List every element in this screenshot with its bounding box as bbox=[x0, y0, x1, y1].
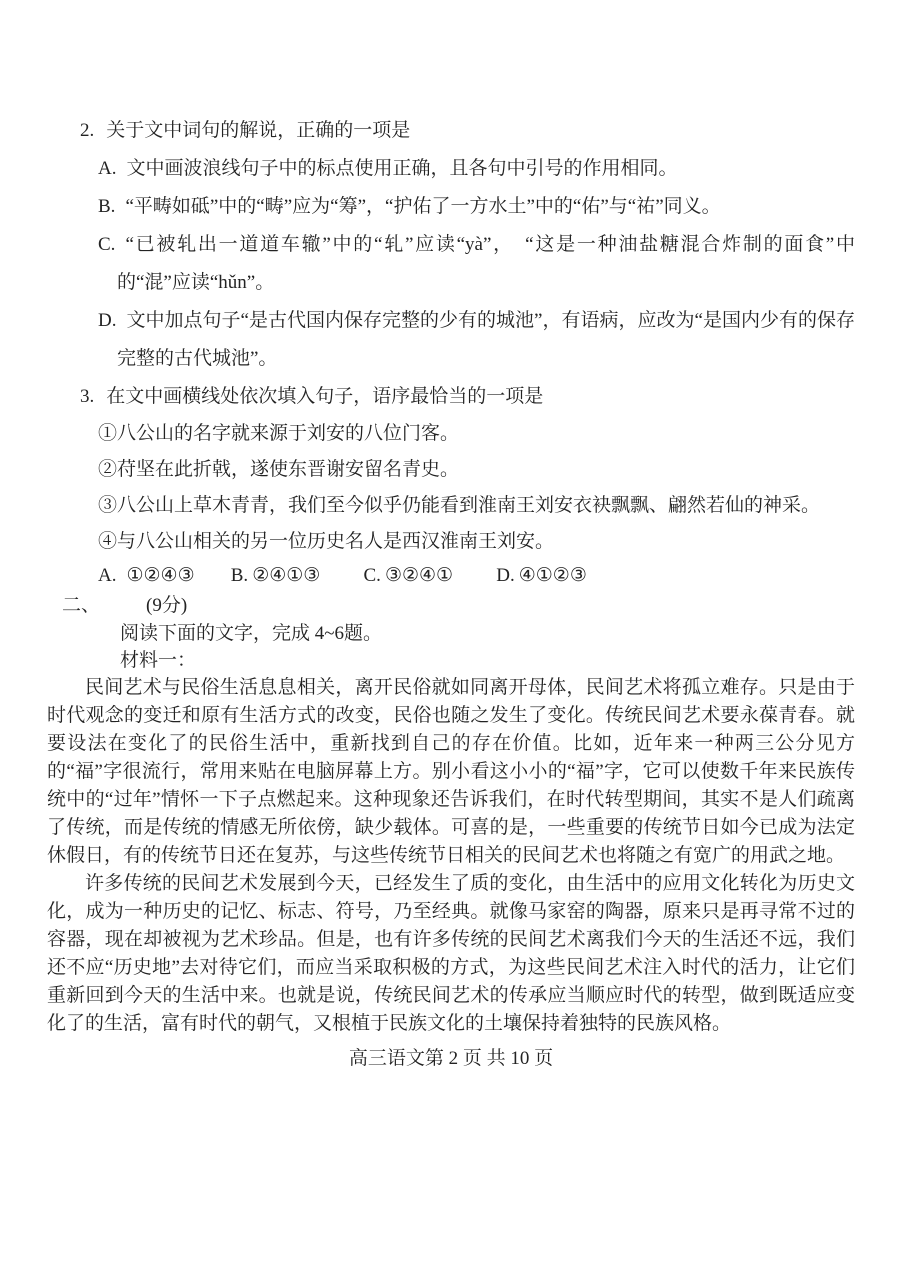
sentence-1: ①八公山的名字就来源于刘安的八位门客。 bbox=[98, 416, 855, 452]
option-b-text: “平畴如砥”中的“畴”应为“筹”，“护佑了一方水土”中的“佑”与“祐”同义。 bbox=[125, 196, 720, 217]
reading-instruction: 阅读下面的文字，完成 4~6题。 bbox=[120, 620, 855, 647]
sentence-2: ②苻坚在此折戟，遂使东晋谢安留名青史。 bbox=[98, 452, 855, 488]
option-d-label: D. bbox=[98, 310, 116, 331]
question-2-option-c: C.“已被轧出一道道车辙”中的“轧”应读“yà”， “这是一种油盐糖混合炸制的面… bbox=[98, 226, 855, 302]
question-3: 3.在文中画横线处依次填入句子，语序最恰当的一项是 ①八公山的名字就来源于刘安的… bbox=[47, 378, 855, 592]
option-b-label: B. bbox=[98, 196, 115, 217]
passage-paragraph-1: 民间艺术与民俗生活息息相关，离开民俗就如同离开母体，民间艺术将孤立难存。只是由于… bbox=[47, 674, 855, 870]
section-two-score: (9分) bbox=[146, 595, 187, 616]
option-c-label: C. bbox=[98, 234, 115, 255]
choice-c-label: C. bbox=[364, 565, 381, 586]
question-2: 2.关于文中词句的解说，正确的一项是 A.文中画波浪线句子中的标点使用正确，且各… bbox=[47, 112, 855, 378]
option-a-label: A. bbox=[98, 158, 116, 179]
choice-d-value: ④①②③ bbox=[519, 565, 587, 586]
exam-page: 2.关于文中词句的解说，正确的一项是 A.文中画波浪线句子中的标点使用正确，且各… bbox=[0, 0, 900, 1272]
choice-a-label: A. bbox=[98, 565, 116, 586]
choice-d-label: D. bbox=[496, 565, 514, 586]
choice-b-value: ②④①③ bbox=[252, 565, 320, 586]
page-footer: 高三语文第 2 页 共 10 页 bbox=[47, 1046, 855, 1072]
choice-c: C.③②④① bbox=[364, 560, 492, 592]
choice-c-value: ③②④① bbox=[385, 565, 453, 586]
sentence-3: ③八公山上草木青青，我们至今似乎仍能看到淮南王刘安衣袂飘飘、翩然若仙的神采。 bbox=[98, 488, 855, 524]
question-3-text: 在文中画横线处依次填入句子，语序最恰当的一项是 bbox=[106, 386, 543, 407]
question-2-number: 2. bbox=[80, 120, 94, 141]
question-3-prompt: 3.在文中画横线处依次填入句子，语序最恰当的一项是 bbox=[80, 378, 855, 416]
choice-b-label: B. bbox=[231, 565, 248, 586]
question-3-answer-choices: A.①②④③ B.②④①③ C.③②④① D.④①②③ bbox=[98, 560, 855, 592]
option-d-text: 文中加点句子“是古代国内保存完整的少有的城池”，有语病，应改为“是国内少有的保存… bbox=[117, 310, 855, 369]
material-label: 材料一： bbox=[120, 647, 855, 674]
choice-b: B.②④①③ bbox=[231, 560, 359, 592]
section-two: 二、(9分) 阅读下面的文字，完成 4~6题。 材料一： 民间艺术与民俗生活息息… bbox=[47, 592, 855, 1038]
choice-a: A.①②④③ bbox=[98, 560, 226, 592]
question-2-prompt: 2.关于文中词句的解说，正确的一项是 bbox=[80, 112, 855, 150]
question-2-text: 关于文中词句的解说，正确的一项是 bbox=[106, 120, 410, 141]
section-two-number: 二、 bbox=[62, 595, 100, 616]
option-a-text: 文中画波浪线句子中的标点使用正确，且各句中引号的作用相同。 bbox=[126, 158, 677, 179]
question-2-option-a: A.文中画波浪线句子中的标点使用正确，且各句中引号的作用相同。 bbox=[98, 150, 855, 188]
choice-a-value: ①②④③ bbox=[126, 565, 194, 586]
passage-paragraph-2: 许多传统的民间艺术发展到今天，已经发生了质的变化，由生活中的应用文化转化为历史文… bbox=[47, 870, 855, 1038]
sentence-4: ④与八公山相关的另一位历史名人是西汉淮南王刘安。 bbox=[98, 524, 855, 560]
option-c-text: “已被轧出一道道车辙”中的“轧”应读“yà”， “这是一种油盐糖混合炸制的面食”… bbox=[117, 234, 855, 293]
question-2-option-b: B.“平畴如砥”中的“畴”应为“筹”，“护佑了一方水土”中的“佑”与“祐”同义。 bbox=[98, 188, 855, 226]
question-3-number: 3. bbox=[80, 386, 94, 407]
question-2-option-d: D.文中加点句子“是古代国内保存完整的少有的城池”，有语病，应改为“是国内少有的… bbox=[98, 302, 855, 378]
section-two-heading: 二、(9分) bbox=[62, 592, 855, 620]
choice-d: D.④①②③ bbox=[496, 560, 587, 592]
